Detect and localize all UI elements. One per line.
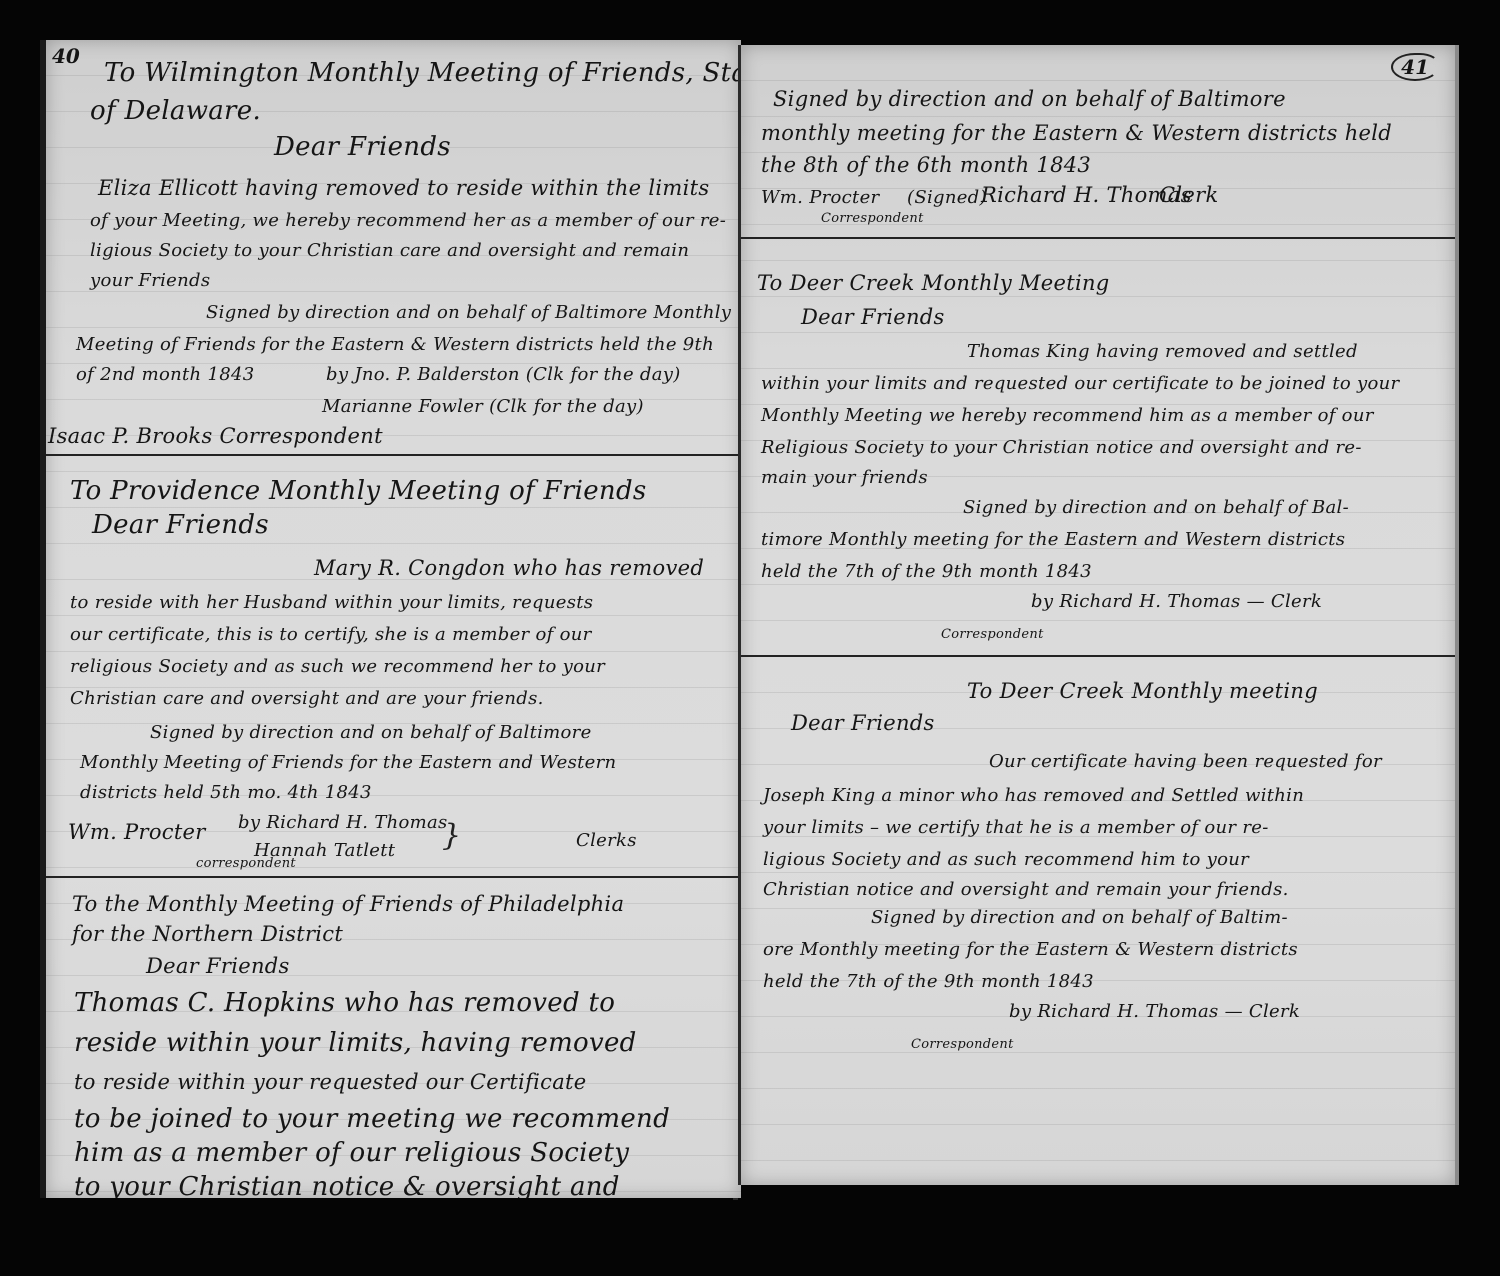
entry-signed-line: the 8th of the 6th month 1843 [761,153,1091,177]
entry-correspondent-name: Wm. Procter [761,187,879,208]
entry-body-line: reside within your limits, having remove… [74,1028,637,1058]
entry-body-line: our certificate, this is to certify, she… [70,624,592,645]
entry-signed-line: held the 7th of the 9th month 1843 [763,971,1094,992]
entry-signed-line: Monthly Meeting of Friends for the Easte… [80,752,616,773]
entry-salutation: Dear Friends [92,510,269,540]
entry-body-line: your Friends [90,270,210,291]
entry-clerk-label: Clerk [1159,183,1218,207]
entry-clerk: by Jno. P. Balderston (Clk for the day) [326,364,681,385]
entry-signed-line: timore Monthly meeting for the Eastern a… [761,529,1345,550]
entry-address: To Deer Creek Monthly Meeting [757,271,1110,295]
entry-address: To Wilmington Monthly Meeting of Friends… [104,58,741,88]
entry-body-line: ligious Society to your Christian care a… [90,240,689,261]
entry-address: for the Northern District [72,922,343,946]
entry-divider [741,237,1455,239]
entry-correspondent-label: Correspondent [941,627,1044,642]
brace-glyph: } [442,818,461,853]
entry-salutation: Dear Friends [791,711,935,735]
entry-address: of Delaware. [90,96,261,126]
entry-body-line: ligious Society and as such recommend hi… [763,849,1249,870]
right-page: 41 Signed by direction and on behalf of … [738,45,1459,1185]
entry-body-line: Joseph King a minor who has removed and … [763,785,1304,806]
entry-body-line: to reside with her Husband within your l… [70,592,593,613]
entry-salutation: Dear Friends [146,954,290,978]
page-number: 41 [1391,53,1439,81]
entry-correspondent: Isaac P. Brooks Correspondent [48,424,383,448]
entry-body-line: Thomas C. Hopkins who has removed to [74,988,615,1018]
entry-body-line: Our certificate having been requested fo… [989,751,1382,772]
entry-body-line: Monthly Meeting we hereby recommend him … [761,405,1374,426]
entry-signed-line: held the 7th of the 9th month 1843 [761,561,1092,582]
entry-signed-line: Signed by direction and on behalf of Bal… [150,722,592,743]
entry-divider [741,655,1455,657]
entry-body-line: him as a member of our religious Society [74,1138,629,1168]
entry-divider [46,876,741,878]
entry-clerk: by Richard H. Thomas — Clerk [1031,591,1322,612]
entry-body-line: of your Meeting, we hereby recommend her… [90,210,726,231]
entry-clerks-label: Clerks [576,830,637,851]
entry-signed-line: districts held 5th mo. 4th 1843 [80,782,372,803]
entry-body-line: Thomas King having removed and settled [967,341,1358,362]
entry-correspondent-label: Correspondent [821,211,924,226]
entry-signed-line: Meeting of Friends for the Eastern & Wes… [76,334,714,355]
entry-body-line: within your limits and requested our cer… [761,373,1399,394]
entry-signed-line: of 2nd month 1843 [76,364,254,385]
entry-body-line: Mary R. Congdon who has removed [314,556,704,580]
entry-signed-line: ore Monthly meeting for the Eastern & We… [763,939,1298,960]
entry-signed-line: monthly meeting for the Eastern & Wester… [761,121,1392,145]
entry-body-line: your limits – we certify that he is a me… [763,817,1269,838]
entry-signed-line: Signed by direction and on behalf of Bal… [206,302,731,323]
entry-correspondent-label: Correspondent [911,1037,1014,1052]
entry-body-line: main your friends [761,467,928,488]
entry-salutation: Dear Friends [274,132,451,162]
left-page: 40 To Wilmington Monthly Meeting of Frie… [40,40,741,1198]
entry-signed-line: Signed by direction and on behalf of Bal… [871,907,1288,928]
entry-divider [46,454,741,456]
entry-correspondent-name: Wm. Procter [68,820,206,844]
entry-signed-line: Signed by direction and on behalf of Bal… [963,497,1349,518]
entry-address: To Providence Monthly Meeting of Friends [70,476,647,506]
entry-signed-line: Signed by direction and on behalf of Bal… [773,87,1286,111]
entry-body-line: Religious Society to your Christian noti… [761,437,1362,458]
entry-clerk: Hannah Tatlett [254,840,395,861]
entry-address: To Deer Creek Monthly meeting [967,679,1318,703]
entry-body-line: to be joined to your meeting we recommen… [74,1104,670,1134]
entry-signed-prefix: (Signed) [907,187,987,208]
entry-clerk: by Richard H. Thomas — Clerk [1009,1001,1300,1022]
entry-address: To the Monthly Meeting of Friends of Phi… [72,892,624,916]
entry-body-line: Christian notice and oversight and remai… [763,879,1289,900]
entry-body-line: Eliza Ellicott having removed to reside … [98,176,709,200]
entry-body-line: to your Christian notice & oversight and [74,1172,620,1198]
entry-salutation: Dear Friends [801,305,945,329]
entry-clerk: by Richard H. Thomas [238,812,448,833]
entry-body-line: to reside within your requested our Cert… [74,1070,587,1094]
entry-clerk: Marianne Fowler (Clk for the day) [322,396,644,417]
page-number: 40 [52,44,80,68]
entry-body-line: Christian care and oversight and are you… [70,688,544,709]
entry-body-line: religious Society and as such we recomme… [70,656,605,677]
